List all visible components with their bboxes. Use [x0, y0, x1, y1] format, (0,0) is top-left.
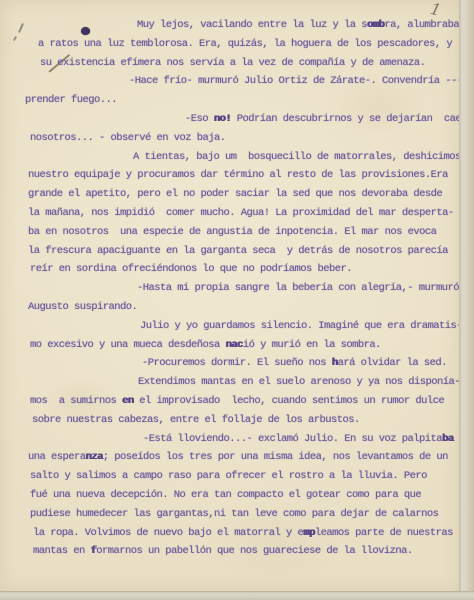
typed-line: prender fuego...	[0, 91, 459, 110]
typed-line: Julio y yo guardamos silencio. Imaginé q…	[0, 317, 459, 336]
typed-text-segment: nosotros... - observé en voz baja.	[30, 132, 226, 144]
typed-text-segment: la mañana, nos impidió comer mucho. Agua…	[28, 207, 454, 219]
paper-bottom-edge	[0, 591, 474, 600]
typed-text-segment: prender fuego...	[25, 94, 117, 106]
typed-line: grande el apetito, pero el no poder saci…	[0, 185, 459, 204]
typed-line: mo excesivo y una mueca desdeñosa nació …	[0, 336, 459, 355]
typed-text-segment: Julio y yo guardamos silencio. Imaginé q…	[140, 320, 459, 332]
typed-line: reír en sordina ofreciéndonos lo que no …	[0, 260, 459, 279]
typed-line: ba en nosotros una especie de angustia d…	[0, 223, 459, 242]
typed-text-segment: ió y murió en la sombra.	[243, 339, 381, 351]
typed-text-segment: -Eso	[185, 113, 214, 125]
overstruck-text: mp	[303, 527, 315, 539]
typed-text-segment: sobre nuestras cabezas, entre el follaje…	[32, 414, 360, 426]
typed-line: -Hasta mi propia sangre la bebería con a…	[0, 279, 459, 298]
typed-text-segment: A tientas, bajo um bosquecillo de matorr…	[133, 151, 459, 163]
typed-line: a ratos una luz temblorosa. Era, quizás,…	[0, 35, 459, 54]
typed-line: salto y salimos a campo raso para ofrece…	[0, 467, 459, 486]
typed-line: Muy lejos, vacilando entre la luz y la s…	[0, 16, 459, 35]
typed-line: la mañana, nos impidió comer mucho. Agua…	[0, 204, 459, 223]
typed-text-segment: la ropa. Volvimos de nuevo bajo el mator…	[33, 527, 303, 539]
typed-line: la ropa. Volvimos de nuevo bajo el mator…	[0, 524, 459, 543]
overstruck-text: nac	[226, 339, 243, 351]
typed-text-segment: salto y salimos a campo raso para ofrece…	[30, 470, 427, 482]
typed-text-segment: pudiese humedecer las gargantas,ni tan l…	[30, 508, 438, 520]
typed-text-segment: mantas en	[33, 545, 91, 557]
typed-line: -Está lloviendo...- exclamó Julio. En su…	[0, 430, 459, 449]
typed-line: la frescura apaciguante en la garganta s…	[0, 242, 459, 261]
typed-text-segment: ormarnos un pabellón que nos guareciese …	[96, 545, 412, 557]
typed-text-segment: el improvisado lecho, cuando sentimos un…	[134, 395, 445, 407]
typed-text: Muy lejos, vacilando entre la luz y la s…	[0, 16, 459, 561]
typed-text-segment: reír en sordina ofreciéndonos lo que no …	[30, 263, 352, 275]
typed-text-segment: mos a sumirnos	[30, 395, 122, 407]
typed-line: fué una nueva decepción. No era tan comp…	[0, 486, 459, 505]
typed-text-segment: Augusto suspirando.	[28, 301, 137, 313]
typed-text-segment: -Está lloviendo...- exclamó Julio. En su…	[143, 433, 442, 445]
typed-text-segment: -Hace frío- murmuró Julio Ortiz de Zárat…	[129, 75, 459, 87]
typed-line: nuestro equipaje y procuramos dar términ…	[0, 166, 459, 185]
typed-text-segment: Extendimos mantas en el suelo arenoso y …	[138, 376, 459, 388]
typed-text-segment: ba en nosotros una especie de angustia d…	[28, 226, 436, 238]
typed-text-segment: ará olvidar la sed.	[338, 357, 447, 369]
typed-line: A tientas, bajo um bosquecillo de matorr…	[0, 148, 459, 167]
typed-line: -Hace frío- murmuró Julio Ortiz de Zárat…	[0, 72, 459, 91]
typed-text-segment: a ratos una luz temblorosa. Era, quizás,…	[38, 38, 452, 50]
typed-line: una esperanza; poseídos los tres por una…	[0, 448, 459, 467]
typed-text-segment: la frescura apaciguante en la garganta s…	[28, 245, 448, 257]
typed-text-segment: ra, alumbraba	[384, 19, 459, 31]
typed-line: -Procuremos dormir. El sueño nos hará ol…	[0, 354, 459, 373]
typed-text-segment: grande el apetito, pero el no poder saci…	[28, 188, 442, 200]
typed-text-segment: fué una nueva decepción. No era tan comp…	[30, 489, 421, 501]
typed-text-segment: Muy lejos, vacilando entre la luz y la s	[137, 19, 367, 31]
overstruck-text: en	[122, 395, 134, 407]
typed-line: -Eso no! Podrían descubrirnos y se dejar…	[0, 110, 459, 129]
typed-line: mos a sumirnos en el improvisado lecho, …	[0, 392, 459, 411]
typed-text-segment: nuestro equipaje y procuramos dar términ…	[28, 169, 448, 181]
document-scan: 1 Muy lejos, vacilando entre la luz y la…	[0, 0, 474, 600]
paper-sheet: 1 Muy lejos, vacilando entre la luz y la…	[0, 0, 459, 591]
overstruck-text: nza	[86, 451, 103, 463]
typed-line: nosotros... - observé en voz baja.	[0, 129, 459, 148]
typed-text-segment: mo excesivo y una mueca desdeñosa	[30, 339, 226, 351]
typed-line: pudiese humedecer las gargantas,ni tan l…	[0, 505, 459, 524]
typed-line: su existencia efímera nos servía a la ve…	[0, 54, 459, 73]
overstruck-text: omb	[367, 19, 384, 31]
typed-text-segment: ; poseídos los tres por una misma idea, …	[103, 451, 448, 463]
typed-text-segment: leamos parte de nuestras	[315, 527, 453, 539]
typed-text-segment: Podrían descubrirnos y se dejarían caer …	[231, 113, 459, 125]
typed-line: sobre nuestras cabezas, entre el follaje…	[0, 411, 459, 430]
typed-text-segment: su existencia efímera nos servía a la ve…	[40, 57, 425, 69]
typed-text-segment: -Hasta mi propia sangre la bebería con a…	[137, 282, 459, 294]
typed-line: Augusto suspirando.	[0, 298, 459, 317]
typed-text-segment: -Procuremos dormir. El sueño nos	[142, 357, 332, 369]
typed-text-segment: una espera	[28, 451, 86, 463]
paper-right-edge	[459, 0, 474, 591]
overstruck-text: no!	[214, 113, 231, 125]
typed-line: Extendimos mantas en el suelo arenoso y …	[0, 373, 459, 392]
typed-line: mantas en formarnos un pabellón que nos …	[0, 542, 459, 561]
overstruck-text: ba	[442, 433, 454, 445]
